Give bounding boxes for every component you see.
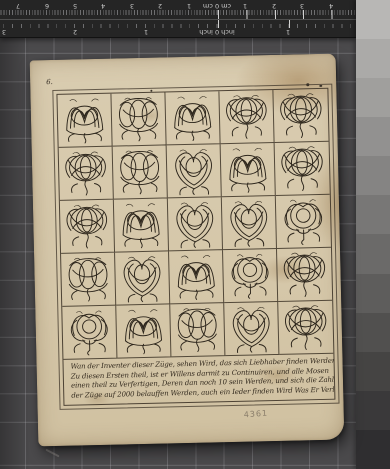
monogram-cell	[57, 94, 112, 148]
ruler-cm-number: 4	[323, 1, 339, 10]
ruler-inch-number: 1	[138, 27, 154, 36]
monogram-cell	[116, 304, 171, 358]
grayscale-band	[356, 430, 390, 469]
monogram-cell	[275, 142, 330, 196]
cipher-monogram-icon	[113, 145, 167, 198]
ruler-cm-number: 3	[124, 1, 140, 10]
ruler-cm-number: 2	[152, 1, 168, 10]
cipher-monogram-icon	[61, 253, 115, 306]
cipher-monogram-icon	[168, 197, 222, 250]
monogram-grid	[57, 89, 333, 360]
cipher-monogram-icon	[59, 147, 113, 200]
monogram-cell	[115, 251, 170, 305]
monogram-cell	[277, 248, 332, 302]
cipher-monogram-icon	[276, 195, 331, 248]
grayscale-band	[356, 234, 390, 273]
grayscale-band	[356, 274, 390, 313]
monogram-cell	[167, 144, 222, 198]
engraved-sheet: 6. Wan der Inventer dieser Züge, sehen W…	[30, 54, 345, 447]
monogram-cell	[62, 306, 117, 360]
monogram-cell	[111, 92, 166, 146]
cipher-monogram-icon	[62, 306, 116, 359]
cipher-monogram-icon	[224, 302, 278, 355]
cipher-monogram-icon	[169, 250, 223, 303]
cipher-monogram-icon	[167, 144, 221, 197]
ruler-cm-ticks	[0, 10, 356, 19]
ruler-cm-zero-label: cm 0 cm	[195, 1, 239, 10]
ruler-cm-number: 4	[95, 1, 111, 10]
ruler-inch-ticks	[0, 19, 356, 28]
monogram-cell	[219, 90, 274, 144]
ruler-inch-number: 3	[0, 27, 12, 36]
ruler-cm-number: 7	[10, 1, 26, 10]
monogram-cell	[59, 147, 114, 201]
monogram-cell	[278, 301, 333, 355]
cipher-monogram-icon	[116, 304, 170, 357]
cipher-monogram-icon	[222, 196, 276, 249]
monogram-cell	[61, 253, 116, 307]
grayscale-band	[356, 195, 390, 234]
cipher-monogram-icon	[277, 248, 332, 301]
monogram-cell	[165, 91, 220, 145]
caption-box: Wan der Inventer dieser Züge, sehen Wird…	[63, 354, 334, 405]
ruler-inch-number: 2	[67, 27, 83, 36]
cipher-monogram-icon	[278, 301, 333, 354]
plate-inner-border: Wan der Inventer dieser Züge, sehen Wird…	[56, 88, 335, 406]
ruler: cm 0 cm inch 0 inch 765432112345632112	[0, 0, 356, 38]
grayscale-band	[356, 156, 390, 195]
cipher-monogram-icon	[275, 142, 330, 195]
monogram-cell	[223, 249, 278, 303]
monogram-cell	[169, 250, 224, 304]
grayscale-calibration-strip	[356, 0, 390, 469]
monogram-cell	[276, 195, 331, 249]
cipher-monogram-icon	[57, 94, 111, 147]
cipher-monogram-icon	[114, 198, 168, 251]
ruler-cm-number: 3	[294, 1, 310, 10]
cipher-monogram-icon	[273, 89, 328, 142]
monogram-cell	[170, 303, 225, 357]
monogram-cell	[60, 200, 115, 254]
ruler-cm-number: 6	[39, 1, 55, 10]
grayscale-band	[356, 352, 390, 391]
grayscale-band	[356, 313, 390, 352]
cipher-monogram-icon	[115, 251, 169, 304]
plate-number: 6.	[46, 78, 53, 86]
monogram-cell	[222, 196, 277, 250]
handwritten-inventory-number: 4361	[243, 409, 268, 420]
grayscale-band	[356, 39, 390, 78]
cipher-monogram-icon	[221, 143, 275, 196]
cipher-monogram-icon	[219, 90, 273, 143]
plate-border: Wan der Inventer dieser Züge, sehen Wird…	[52, 84, 339, 410]
monogram-cell	[221, 143, 276, 197]
grayscale-band	[356, 0, 390, 39]
monogram-cell	[273, 89, 328, 143]
ruler-cm-number: 1	[237, 1, 253, 10]
cipher-monogram-icon	[165, 91, 219, 144]
cipher-monogram-icon	[60, 200, 114, 253]
ruler-inch-number: 1	[280, 27, 296, 36]
mat-scratch	[45, 449, 59, 458]
monogram-cell	[113, 145, 168, 199]
grayscale-band	[356, 78, 390, 117]
ruler-cm-number: 1	[181, 1, 197, 10]
ruler-inch-zero-label: inch 0 inch	[191, 27, 243, 36]
cipher-monogram-icon	[111, 92, 165, 145]
monogram-cell	[224, 302, 279, 356]
ruler-cm-number: 5	[67, 1, 83, 10]
ruler-cm-number: 2	[266, 1, 282, 10]
grayscale-band	[356, 391, 390, 430]
monogram-cell	[114, 198, 169, 252]
cipher-monogram-icon	[170, 303, 224, 356]
cipher-monogram-icon	[223, 249, 277, 302]
monogram-cell	[168, 197, 223, 251]
grayscale-band	[356, 117, 390, 156]
